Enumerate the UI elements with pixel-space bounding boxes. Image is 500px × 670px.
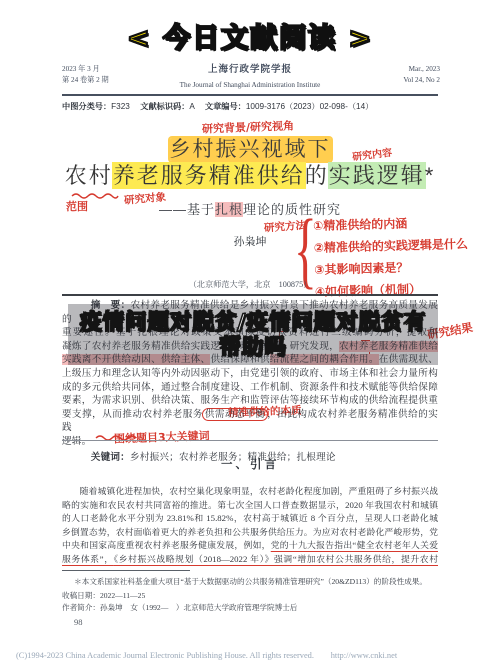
text-segment: 乡倒置态势，农村面临着更大的养老负担和公共服务供给压力。为应对农村老龄化严峻形势… <box>62 527 438 537</box>
doc-code-value: A <box>189 102 194 111</box>
text-segment: 党的十九大报告指出“健全农村老年人关爱 <box>271 540 438 550</box>
section-heading: 一、引言 <box>0 456 500 472</box>
article-title-line2: 农村养老服务精准供给的实践逻辑* <box>0 159 500 190</box>
article-meta-line: 中图分类号：F323 文献标识码：A 文章编号：1009-3176（2023）0… <box>62 101 442 112</box>
author-bio: 作者简介：孙枭坤 女（1992— ）北京师范大学政府管理学院博士后 <box>62 603 440 614</box>
journal-title-block: 上海行政学院学报 The Journal of Shanghai Adminis… <box>120 63 380 91</box>
abstract-line: 上级压力和理念认知等内外动因驱动下，由党建引领的政府、市场主体和社会力量所构 <box>62 367 438 381</box>
watermark-text-line1: 疫情问题对脱贫/疫情问题对脱贫有 <box>80 310 426 335</box>
intro-line: 随着城镇化进程加快，农村空巢化现象明显，农村老龄化程度加剧，严重阻碍了乡村振兴战 <box>62 485 438 499</box>
text-segment: * <box>425 163 436 188</box>
abstract-line: 要素，为需求识别、供给决策、服务生产和监管评估等接续环节构成的供给流程提供重 <box>62 394 438 408</box>
text-segment: 养老服务精准供给 <box>113 163 305 188</box>
article-id-value: 1009-3176（2023）02-098-（14） <box>246 102 373 111</box>
intro-line: 略的实施和农民农村共同富裕的推进。第七次全国人口普查数据显示，2020 年我国农… <box>62 499 438 513</box>
header-rule <box>62 94 438 96</box>
journal-date-en-block: Mar., 2023 Vol 24, No 2 <box>380 64 440 86</box>
introduction-paragraph: 随着城镇化进程加快，农村空巢化现象明显，农村老龄化程度加剧，严重阻碍了乡村振兴战… <box>62 485 438 567</box>
intro-line: 服务体系”，《乡村振兴战略规划（2018—2022 年）》强调“增加农村公共服务… <box>62 553 438 567</box>
scanned-paper-page: < 今日文献阅读 > 2023 年 3 月 第 24 卷第 2 期 上海行政学院… <box>0 0 500 670</box>
text-segment: 扎根 <box>215 202 243 217</box>
author-name: 孙枭坤 <box>0 233 500 249</box>
funding-footnote: ＊本文系国家社科基金重大项目“基于大数据驱动的公共服务精准管理研究”（20&ZD… <box>62 577 440 588</box>
keywords-bottom-rule <box>62 440 438 441</box>
journal-title-cn: 上海行政学院学报 <box>120 63 380 78</box>
article-id-label: 文章编号： <box>205 102 246 111</box>
cnki-copyright-line: (C)1994-2023 China Academic Journal Elec… <box>16 649 486 661</box>
author-affiliation: （北京师范大学，北京 100875） <box>0 279 500 290</box>
text-segment: 随着城镇化进程加快，农村空巢化现象明显，农村老龄化程度加剧，严重阻碍了乡村振兴战 <box>80 486 438 496</box>
text-segment: 的人口老龄化水平分别为 23.81%和 15.82%，农村高于城镇近 8 个百分… <box>62 513 438 523</box>
text-segment: 中央和国家高度重视农村养老服务健康发展，例如， <box>62 540 271 550</box>
journal-title-en: The Journal of Shanghai Administration I… <box>120 80 380 91</box>
text-segment: 成的多元供给共同体，通过整合制度建设、工作机制、资源条件和技术赋能等供给保障 <box>62 382 438 393</box>
journal-date-cn: 2023 年 3 月 <box>62 64 109 75</box>
text-segment: 要支撑，从而推动农村养老服务 <box>62 409 203 420</box>
text-segment: 略的实施和农民农村共同富裕的推进。第七次全国人口普查数据显示，2020 年我国农… <box>62 500 438 510</box>
watermark-text-line2: 帮助吗 <box>219 335 287 360</box>
text-segment: 供需动态平衡 <box>202 408 268 421</box>
abstract-top-rule <box>62 294 438 296</box>
watermark-overlay: 疫情问题对脱贫/疫情问题对脱贫有 帮助吗 <box>68 304 438 365</box>
journal-date-block: 2023 年 3 月 第 24 卷第 2 期 <box>62 64 109 86</box>
text-segment: 上级压力和理念认知等内外动因驱动下，由党建引领的政府、市场主体和社会力量所构 <box>62 368 438 379</box>
journal-date-en: Mar., 2023 <box>380 64 440 75</box>
journal-volume-cn: 第 24 卷第 2 期 <box>62 75 109 86</box>
text-segment: 乡村振兴视域下 <box>170 138 331 161</box>
text-segment: 《乡村振兴战略规划（2018—2022 年）》强调“增加农村公共服务供给，提升农… <box>114 554 438 564</box>
abstract-line: 逻辑。 <box>62 435 438 449</box>
text-segment: 的 <box>305 163 329 188</box>
abstract-line: 成的多元供给共同体，通过整合制度建设、工作机制、资源条件和技术赋能等供给保障 <box>62 381 438 395</box>
text-segment: 要素，为需求识别、供给决策、服务生产和监管评估等接续环节构成的供给流程提供重 <box>62 395 438 406</box>
intro-line: 的人口老龄化水平分别为 23.81%和 15.82%，农村高于城镇近 8 个百分… <box>62 512 438 526</box>
doc-code-label: 文献标识码： <box>140 102 189 111</box>
intro-line: 中央和国家高度重视农村养老服务健康发展，例如，党的十九大报告指出“健全农村老年人… <box>62 539 438 553</box>
text-segment: 农村 <box>65 163 113 188</box>
abstract-line: 要支撑，从而推动农村养老服务供需动态平衡，由此构成农村养老服务精准供给的实践 <box>62 408 438 435</box>
text-segment: ——基于 <box>159 202 215 217</box>
clc-label: 中图分类号： <box>62 102 111 111</box>
text-segment: 逻辑。 <box>62 436 91 447</box>
intro-line: 乡倒置态势，农村面临着更大的养老负担和公共服务供给压力。为应对农村老龄化严峻形势… <box>62 526 438 540</box>
text-segment: 理论的质性研究 <box>243 202 341 217</box>
journal-volume-en: Vol 24, No 2 <box>380 75 440 86</box>
clc-value: F323 <box>111 102 130 111</box>
received-date: 收稿日期：2022—11—25 <box>62 591 440 602</box>
page-number: 98 <box>74 617 83 627</box>
reading-banner-title: < 今日文献阅读 > <box>0 16 500 55</box>
text-segment: 服务体系”， <box>62 554 114 564</box>
footnote-rule <box>62 570 190 571</box>
text-segment: 实践逻辑 <box>329 163 425 188</box>
article-subtitle: ——基于扎根理论的质性研究 <box>0 199 500 218</box>
